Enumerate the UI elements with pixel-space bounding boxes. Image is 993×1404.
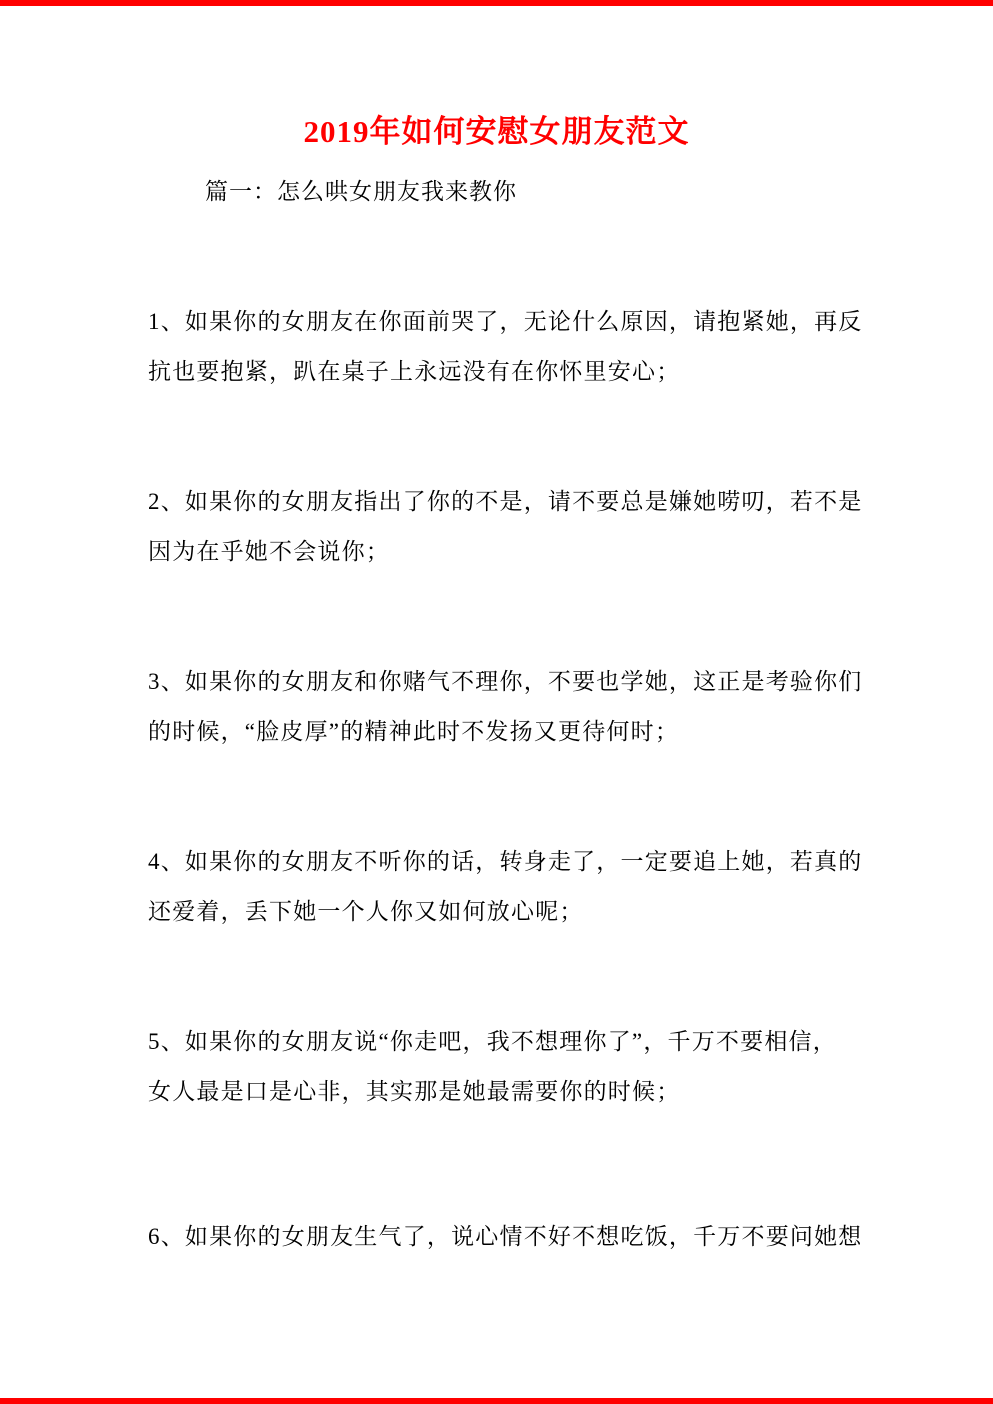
paragraph-3-line-2: 的时候，“脸皮厚”的精神此时不发扬又更待何时； [148, 707, 864, 757]
paragraph-1: 1、如果你的女朋友在你面前哭了，无论什么原因，请抱紧她，再反 抗也要抱紧，趴在桌… [148, 297, 864, 397]
paragraph-4: 4、如果你的女朋友不听你的话，转身走了，一定要追上她，若真的 还爱着，丢下她一个… [148, 837, 864, 937]
section-heading: 篇一：怎么哄女朋友我来教你 [148, 176, 860, 208]
paragraph-2-line-2: 因为在乎她不会说你； [148, 527, 864, 577]
page-border-top [0, 0, 993, 6]
paragraph-5-line-2: 女人最是口是心非，其实那是她最需要你的时候； [148, 1067, 864, 1117]
paragraph-6: 6、如果你的女朋友生气了，说心情不好不想吃饭，千万不要问她想 [148, 1212, 864, 1262]
paragraph-4-line-2: 还爱着，丢下她一个人你又如何放心呢； [148, 887, 864, 937]
paragraph-5: 5、如果你的女朋友说“你走吧，我不想理你了”，千万不要相信， 女人最是口是心非，… [148, 1017, 864, 1117]
paragraph-1-line-1: 1、如果你的女朋友在你面前哭了，无论什么原因，请抱紧她，再反 [148, 297, 864, 347]
paragraph-5-line-1: 5、如果你的女朋友说“你走吧，我不想理你了”，千万不要相信， [148, 1017, 864, 1067]
document-page: 2019年如何安慰女朋友范文 篇一：怎么哄女朋友我来教你 1、如果你的女朋友在你… [0, 0, 993, 1404]
paragraph-3-line-1: 3、如果你的女朋友和你赌气不理你，不要也学她，这正是考验你们 [148, 657, 864, 707]
paragraph-3: 3、如果你的女朋友和你赌气不理你，不要也学她，这正是考验你们 的时候，“脸皮厚”… [148, 657, 864, 757]
paragraph-1-line-2: 抗也要抱紧，趴在桌子上永远没有在你怀里安心； [148, 347, 864, 397]
paragraph-6-line-1: 6、如果你的女朋友生气了，说心情不好不想吃饭，千万不要问她想 [148, 1212, 864, 1262]
page-border-bottom [0, 1398, 993, 1404]
paragraph-2-line-1: 2、如果你的女朋友指出了你的不是，请不要总是嫌她唠叨，若不是 [148, 477, 864, 527]
paragraph-2: 2、如果你的女朋友指出了你的不是，请不要总是嫌她唠叨，若不是 因为在乎她不会说你… [148, 477, 864, 577]
paragraph-4-line-1: 4、如果你的女朋友不听你的话，转身走了，一定要追上她，若真的 [148, 837, 864, 887]
document-title: 2019年如何安慰女朋友范文 [0, 112, 993, 152]
